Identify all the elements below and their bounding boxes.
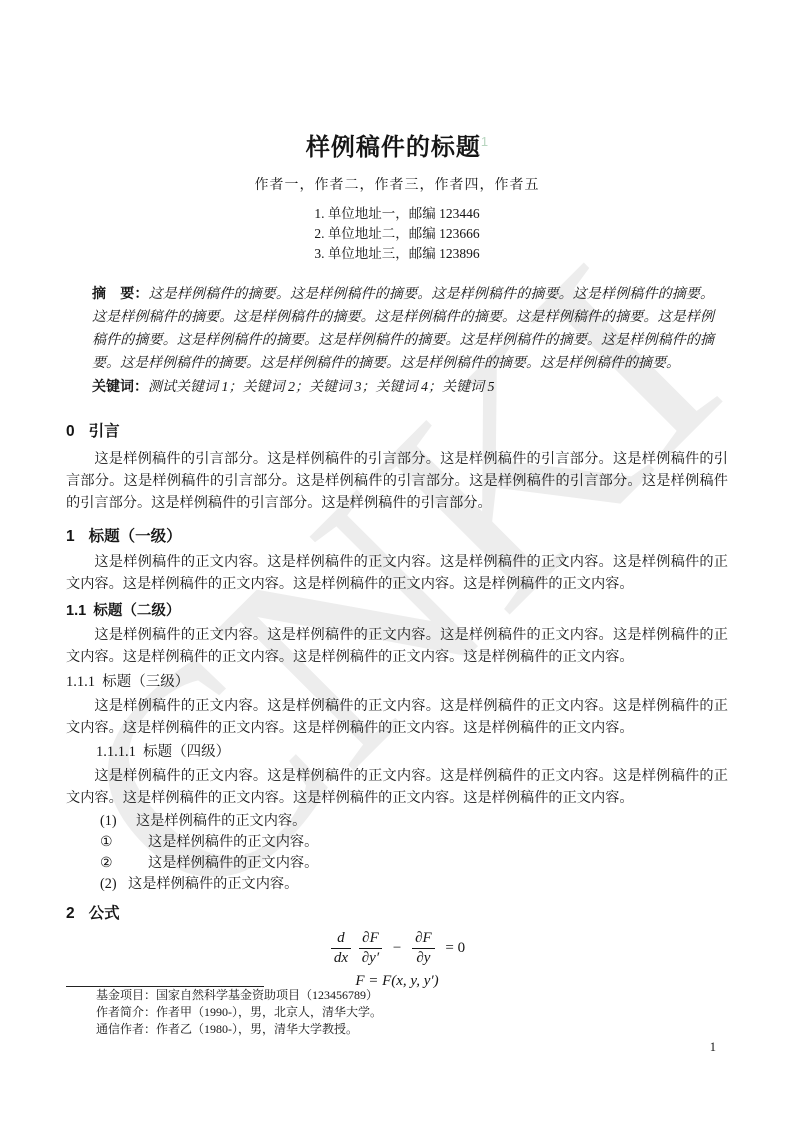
fraction-dF-dyprime: ∂F∂y′ <box>359 929 382 968</box>
fraction-d-dx: ddx <box>331 929 351 968</box>
minus-operator: − <box>393 940 401 957</box>
footnote-corresponding-author: 通信作者：作者乙（1980-），男，清华大学教授。 <box>66 1021 728 1038</box>
section-heading-1-1-1-1: 1.1.1.1标题（四级） <box>66 742 728 762</box>
fraction-denominator: dx <box>331 949 351 968</box>
page-content: 样例稿件的标题1 作者一，作者二，作者三，作者四，作者五 1. 单位地址一，邮编… <box>0 0 794 992</box>
section-number: 1.1.1 <box>66 674 95 690</box>
list-item: (1)这是样例稿件的正文内容。 <box>100 811 728 832</box>
section-title: 标题（四级） <box>143 744 230 760</box>
section-heading-1-1-1: 1.1.1标题（三级） <box>66 672 728 692</box>
affiliations: 1. 单位地址一，邮编 123446 2. 单位地址二，邮编 123666 3.… <box>66 204 728 264</box>
paper-title-text: 样例稿件的标题 <box>306 134 481 161</box>
section-1-1-1-body: 这是样例稿件的正文内容。这是样例稿件的正文内容。这是样例稿件的正文内容。这是样例… <box>66 695 728 739</box>
section-title: 标题（三级） <box>102 674 189 690</box>
list-marker: (2) <box>100 874 128 895</box>
document-page: CNKI 样例稿件的标题1 作者一，作者二，作者三，作者四，作者五 1. 单位地… <box>0 0 794 1123</box>
section-1-body: 这是样例稿件的正文内容。这是样例稿件的正文内容。这是样例稿件的正文内容。这是样例… <box>66 551 728 595</box>
paper-title: 样例稿件的标题1 <box>66 126 728 164</box>
fraction-denominator: ∂y <box>412 949 435 968</box>
keywords-line: 关键词：测试关键词 1；关键词 2；关键词 3；关键词 4；关键词 5 <box>92 375 714 399</box>
fraction-numerator: ∂F <box>412 929 435 949</box>
list-item-text: 这是样例稿件的正文内容。 <box>148 853 318 874</box>
authors-line: 作者一，作者二，作者三，作者四，作者五 <box>66 176 728 196</box>
fraction-denominator: ∂y′ <box>359 949 382 968</box>
list-item-text: 这是样例稿件的正文内容。 <box>136 811 306 832</box>
section-heading-1-1: 1.1标题（二级） <box>66 601 728 621</box>
section-heading-0: 0引言 <box>66 421 728 443</box>
section-0-body: 这是样例稿件的引言部分。这是样例稿件的引言部分。这是样例稿件的引言部分。这是样例… <box>66 448 728 514</box>
numbered-list: (1)这是样例稿件的正文内容。 ①这是样例稿件的正文内容。 ②这是样例稿件的正文… <box>100 811 728 895</box>
fraction-numerator: ∂F <box>359 929 382 949</box>
list-item: ①这是样例稿件的正文内容。 <box>100 832 728 853</box>
fraction-numerator: d <box>331 929 351 949</box>
list-item: (2)这是样例稿件的正文内容。 <box>100 874 728 895</box>
list-marker: ② <box>100 853 148 874</box>
section-title: 标题（一级） <box>89 528 182 545</box>
section-heading-1: 1标题（一级） <box>66 526 728 548</box>
affiliation-line: 3. 单位地址三，邮编 123896 <box>66 244 728 264</box>
affiliation-line: 2. 单位地址二，邮编 123666 <box>66 224 728 244</box>
footnote-funding: 基金项目：国家自然科学基金资助项目（123456789） <box>66 987 728 1004</box>
page-number: 1 <box>710 1040 716 1055</box>
keywords-text: 测试关键词 1；关键词 2；关键词 3；关键词 4；关键词 5 <box>148 380 495 395</box>
abstract-label: 摘 要： <box>92 285 149 301</box>
equals-zero: = 0 <box>445 940 465 957</box>
formula-block: ddx ∂F∂y′ − ∂F∂y = 0 F = F(x, y, y′) <box>66 929 728 992</box>
affiliation-line: 1. 单位地址一，邮编 123446 <box>66 204 728 224</box>
list-item: ②这是样例稿件的正文内容。 <box>100 853 728 874</box>
section-number: 1.1 <box>66 603 86 619</box>
section-number: 0 <box>66 423 75 440</box>
section-title: 标题（二级） <box>93 603 180 619</box>
euler-lagrange-equation: ddx ∂F∂y′ − ∂F∂y = 0 <box>66 929 728 968</box>
section-1-1-body: 这是样例稿件的正文内容。这是样例稿件的正文内容。这是样例稿件的正文内容。这是样例… <box>66 624 728 668</box>
fraction-dF-dy: ∂F∂y <box>412 929 435 968</box>
abstract-text: 这是样例稿件的摘要。这是样例稿件的摘要。这是样例稿件的摘要。这是样例稿件的摘要。… <box>92 287 714 371</box>
abstract-paragraph: 摘 要：这是样例稿件的摘要。这是样例稿件的摘要。这是样例稿件的摘要。这是样例稿件… <box>92 282 714 375</box>
list-marker: ① <box>100 832 148 853</box>
list-marker: (1) <box>100 811 136 832</box>
keywords-label: 关键词： <box>92 378 148 394</box>
section-number: 1 <box>66 528 75 545</box>
section-heading-2: 2公式 <box>66 903 728 925</box>
section-1-1-1-1-body: 这是样例稿件的正文内容。这是样例稿件的正文内容。这是样例稿件的正文内容。这是样例… <box>66 765 728 809</box>
list-item-text: 这是样例稿件的正文内容。 <box>128 874 298 895</box>
footnote-author-bio: 作者简介：作者甲（1990-），男，北京人，清华大学。 <box>66 1004 728 1021</box>
section-title: 引言 <box>89 423 120 440</box>
section-title: 公式 <box>89 905 120 922</box>
title-footnote-mark: 1 <box>481 134 488 149</box>
list-item-text: 这是样例稿件的正文内容。 <box>148 832 318 853</box>
section-number: 1.1.1.1 <box>96 744 136 760</box>
section-number: 2 <box>66 905 75 922</box>
footnote-block: 基金项目：国家自然科学基金资助项目（123456789） 作者简介：作者甲（19… <box>66 986 728 1038</box>
